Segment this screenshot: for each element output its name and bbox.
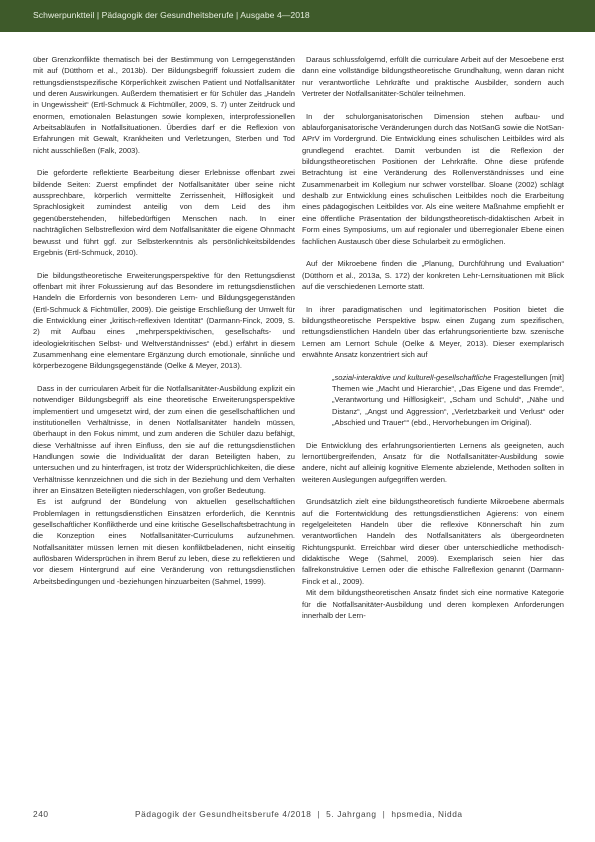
quote-italic: „sozial-interaktive und kulturell-gesell…: [332, 373, 491, 382]
left-column: über Grenzkonflikte thematisch bei der B…: [33, 54, 295, 599]
right-column: Daraus schlussfolgernd, erfüllt die curr…: [302, 54, 564, 633]
paragraph: Dass in der curricularen Arbeit für die …: [33, 383, 295, 496]
running-header: Schwerpunktteil | Pädagogik der Gesundhe…: [0, 0, 595, 32]
journal-volume: 5. Jahrgang: [326, 809, 376, 819]
footer-journal-line: Pädagogik der Gesundheitsberufe 4/2018|5…: [135, 809, 463, 819]
footer-separator: |: [317, 809, 320, 819]
paragraph: Es ist aufgrund der Bündelung von aktuel…: [33, 496, 295, 587]
journal-issue: Pädagogik der Gesundheitsberufe 4/2018: [135, 809, 311, 819]
page-number: 240: [33, 809, 49, 819]
paragraph: Grundsätzlich zielt eine bildungstheoret…: [302, 496, 564, 587]
publisher: hpsmedia, Nidda: [391, 809, 462, 819]
running-header-title: Schwerpunktteil | Pädagogik der Gesundhe…: [33, 10, 310, 20]
paragraph: Die geforderte reflektierte Bearbeitung …: [33, 167, 295, 258]
footer-separator: |: [383, 809, 386, 819]
paragraph: Auf der Mikroebene finden die „Planung, …: [302, 258, 564, 292]
paragraph: Die bildungstheoretische Erweiterungsper…: [33, 270, 295, 372]
paragraph: Daraus schlussfolgernd, erfüllt die curr…: [302, 54, 564, 99]
block-quote: „sozial-interaktive und kulturell-gesell…: [302, 372, 564, 429]
paragraph: In ihrer paradigmatischen und legitimato…: [302, 304, 564, 361]
paragraph: In der schulorganisatorischen Dimension …: [302, 111, 564, 247]
paragraph: Die Entwicklung des erfahrungsorientiert…: [302, 440, 564, 485]
paragraph: Mit dem bildungstheoretischen Ansatz fin…: [302, 587, 564, 621]
page-footer: 240 Pädagogik der Gesundheitsberufe 4/20…: [0, 809, 595, 825]
paragraph: über Grenzkonflikte thematisch bei der B…: [33, 54, 295, 156]
